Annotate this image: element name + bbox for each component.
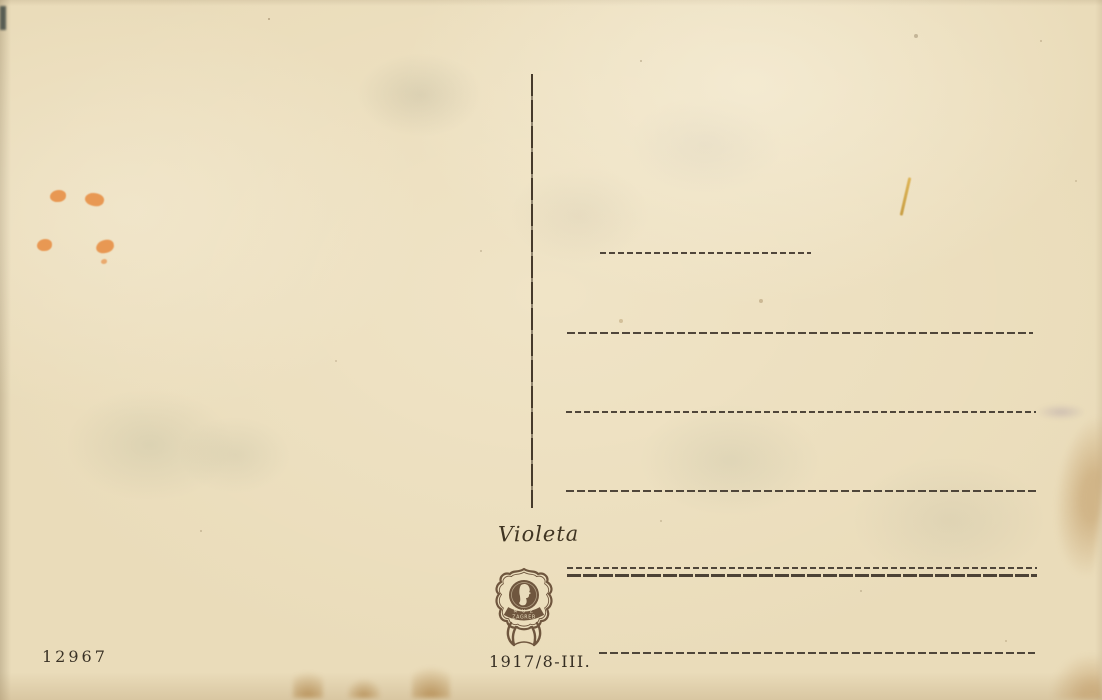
print-code: 1917/8-III.	[489, 652, 591, 671]
address-line-5-upper	[567, 567, 1037, 569]
scratch-mark	[900, 177, 912, 216]
right-edge-stain	[1048, 413, 1102, 577]
address-line-5-lower	[567, 574, 1037, 577]
corner-stain	[1052, 650, 1102, 700]
foxing-spot	[37, 239, 52, 251]
address-line-4	[566, 490, 1037, 492]
address-line-2	[567, 332, 1033, 334]
ink-smudge	[1036, 404, 1086, 420]
publisher-emblem-icon: M U Z ZAGREB	[493, 566, 555, 648]
message-address-divider	[531, 74, 533, 508]
serial-number: 12967	[42, 647, 108, 666]
series-name: Violeta	[498, 522, 579, 547]
bottom-edge-stain	[293, 664, 323, 698]
address-line-1	[600, 252, 811, 254]
emblem-text-bottom: ZAGREB	[512, 615, 535, 621]
foxing-spot	[95, 239, 115, 255]
emblem-text-top: M U Z	[514, 609, 535, 615]
bottom-edge-stain	[348, 676, 380, 698]
postcard-back: Violeta 12967 1917/8-III. M U Z ZAGREB	[0, 0, 1102, 700]
paper-speckles	[268, 18, 270, 20]
bottom-edge-stain	[412, 658, 450, 698]
scan-corner-mark	[0, 6, 6, 30]
publisher-emblem: M U Z ZAGREB	[493, 566, 555, 648]
foxing-spot	[50, 190, 66, 202]
address-line-3	[566, 411, 1036, 413]
foxing-spot	[84, 191, 106, 208]
foxing-spot	[101, 259, 107, 264]
address-line-6	[599, 652, 1035, 654]
